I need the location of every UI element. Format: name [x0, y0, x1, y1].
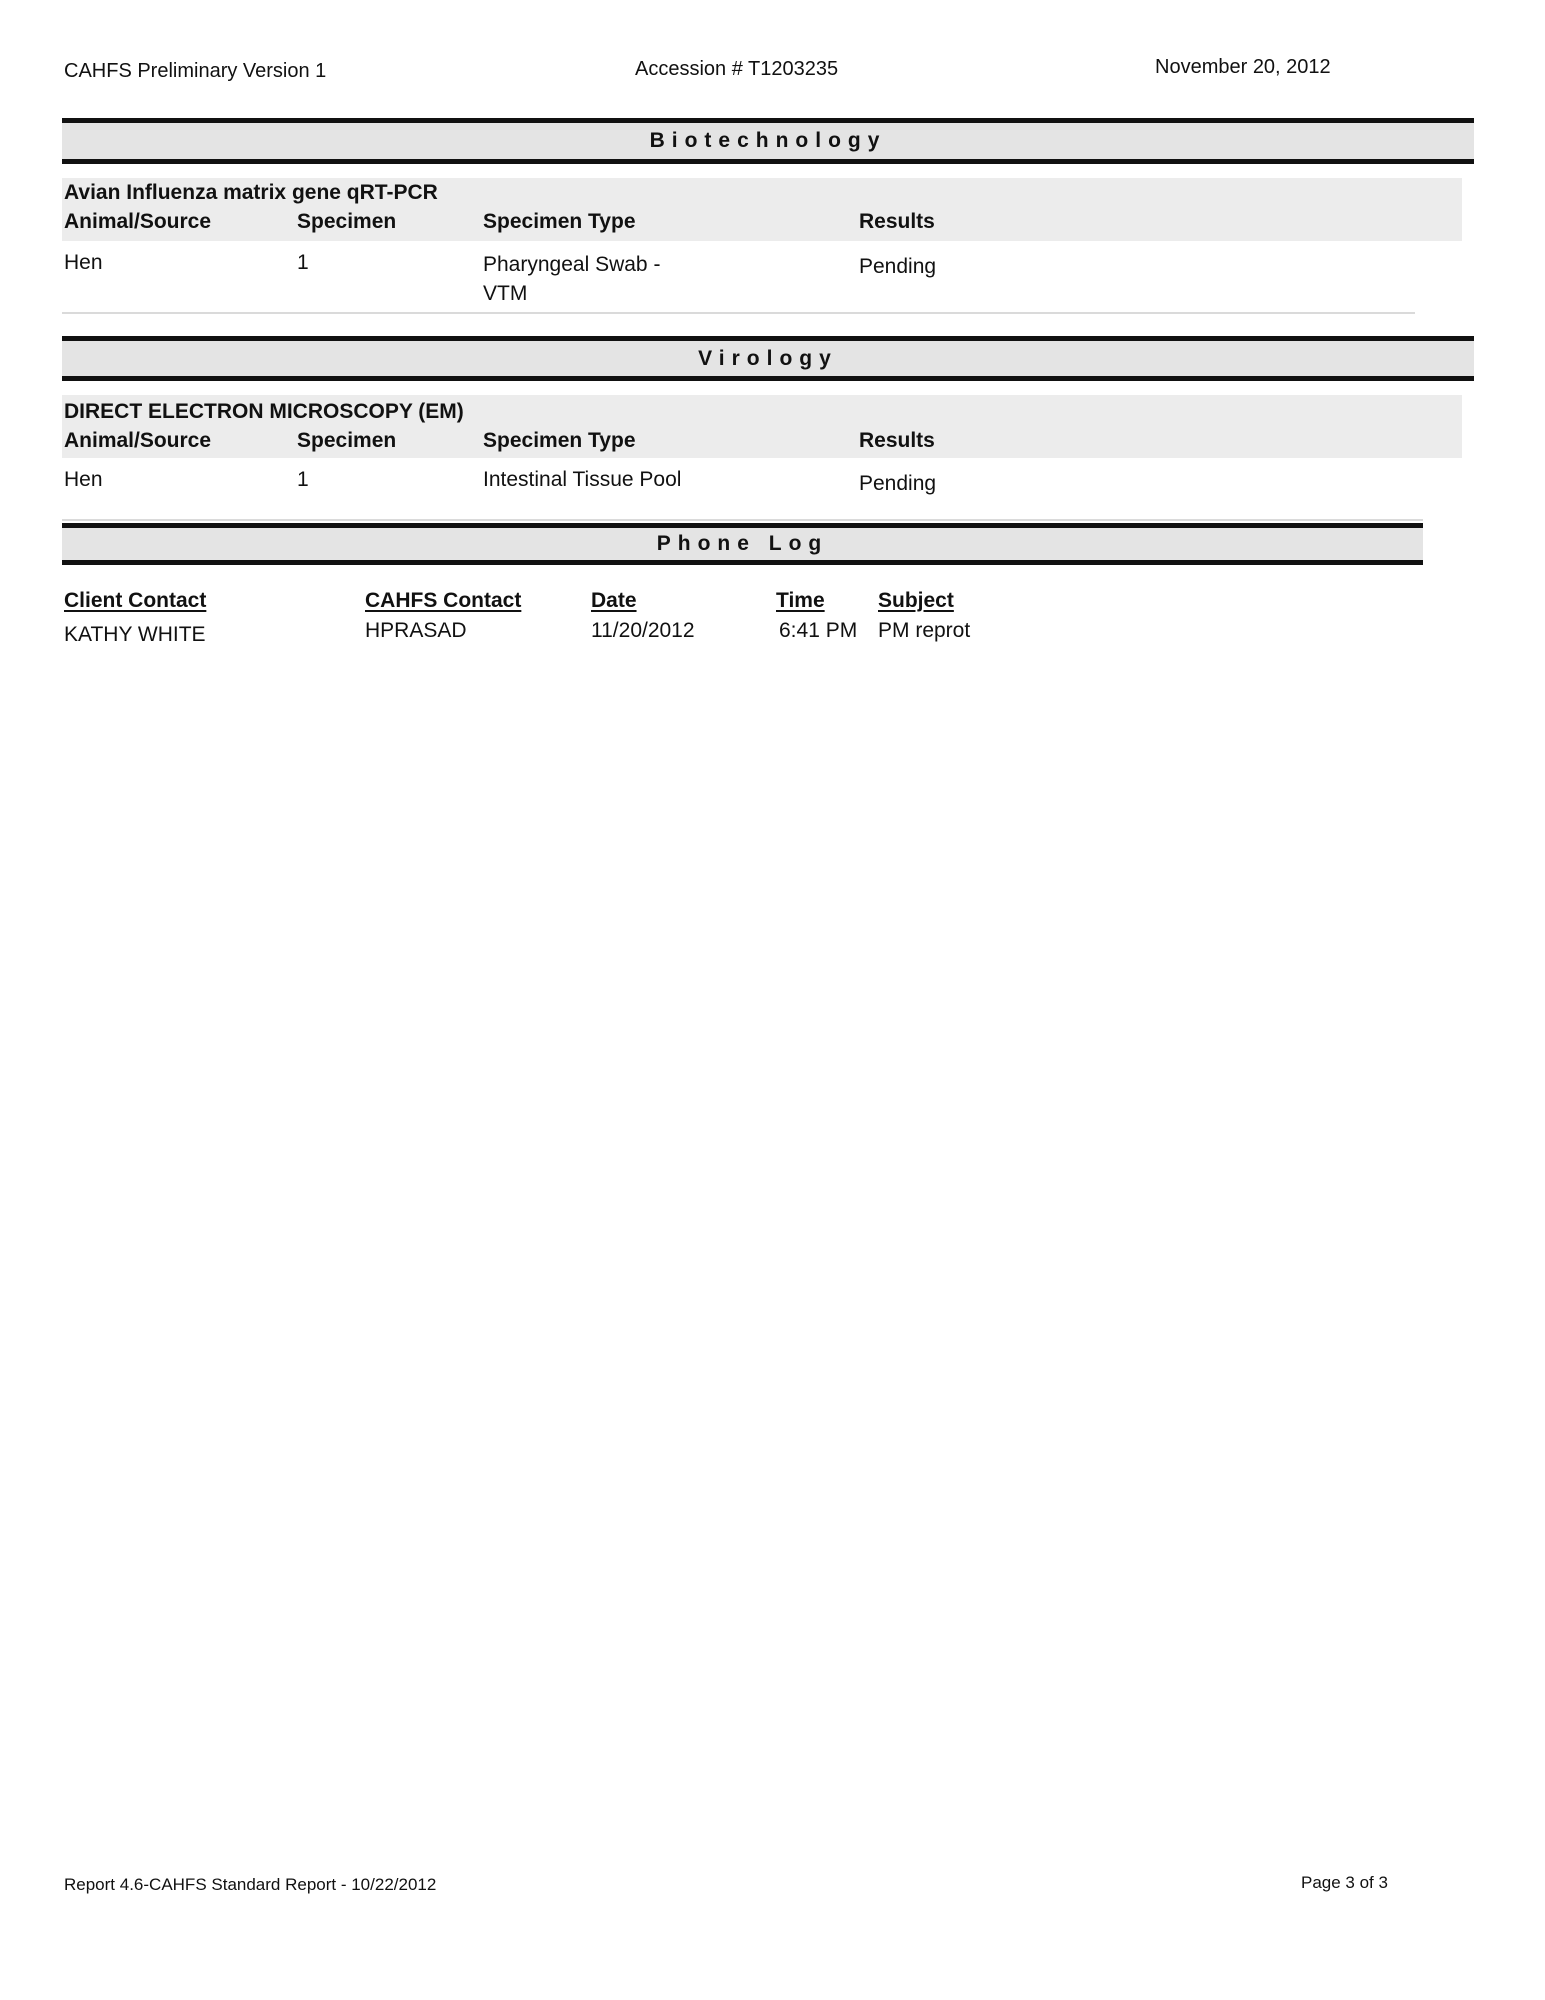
cell-cahfs-contact: HPRASAD: [365, 619, 467, 643]
lab-version-label: CAHFS Preliminary Version 1: [64, 60, 326, 83]
cell-specimen-type-continued: VTM: [483, 282, 527, 306]
column-header-date: Date: [591, 589, 637, 613]
cell-specimen: 1: [297, 468, 309, 492]
column-header-time: Time: [776, 589, 825, 613]
column-header-specimen-type: Specimen Type: [483, 210, 636, 234]
cell-client-contact: KATHY WHITE: [64, 623, 206, 647]
section-header-phone-log: Phone Log: [62, 523, 1423, 565]
test-name: Avian Influenza matrix gene qRT-PCR: [64, 181, 438, 205]
footer-page-number: Page 3 of 3: [1301, 1873, 1388, 1893]
column-header-animal-source: Animal/Source: [64, 429, 211, 453]
cell-specimen: 1: [297, 251, 309, 275]
column-header-subject: Subject: [878, 589, 954, 613]
cell-animal: Hen: [64, 251, 103, 275]
cell-result: Pending: [859, 472, 936, 496]
test-name: DIRECT ELECTRON MICROSCOPY (EM): [64, 400, 464, 424]
cell-time: 6:41 PM: [779, 619, 857, 643]
cell-subject: PM reprot: [878, 619, 970, 643]
cell-specimen-type: Intestinal Tissue Pool: [483, 468, 681, 492]
row-divider: [62, 312, 1415, 314]
section-title: Virology: [62, 347, 1474, 371]
report-date: November 20, 2012: [1155, 56, 1331, 79]
section-title: Phone Log: [62, 532, 1423, 556]
section-header-biotechnology: Biotechnology: [62, 118, 1474, 164]
column-header-specimen-type: Specimen Type: [483, 429, 636, 453]
section-header-virology: Virology: [62, 336, 1474, 381]
column-header-client-contact: Client Contact: [64, 589, 206, 613]
section-title: Biotechnology: [62, 129, 1474, 153]
cell-result: Pending: [859, 255, 936, 279]
column-header-cahfs-contact: CAHFS Contact: [365, 589, 521, 613]
column-header-specimen: Specimen: [297, 210, 396, 234]
accession-number: Accession # T1203235: [635, 58, 838, 81]
cell-animal: Hen: [64, 468, 103, 492]
column-header-results: Results: [859, 429, 935, 453]
column-header-specimen: Specimen: [297, 429, 396, 453]
footer-report-label: Report 4.6-CAHFS Standard Report - 10/22…: [64, 1875, 436, 1895]
column-header-results: Results: [859, 210, 935, 234]
row-divider: [62, 519, 1423, 521]
column-header-animal-source: Animal/Source: [64, 210, 211, 234]
cell-date: 11/20/2012: [591, 619, 695, 643]
cell-specimen-type: Pharyngeal Swab -: [483, 253, 660, 277]
